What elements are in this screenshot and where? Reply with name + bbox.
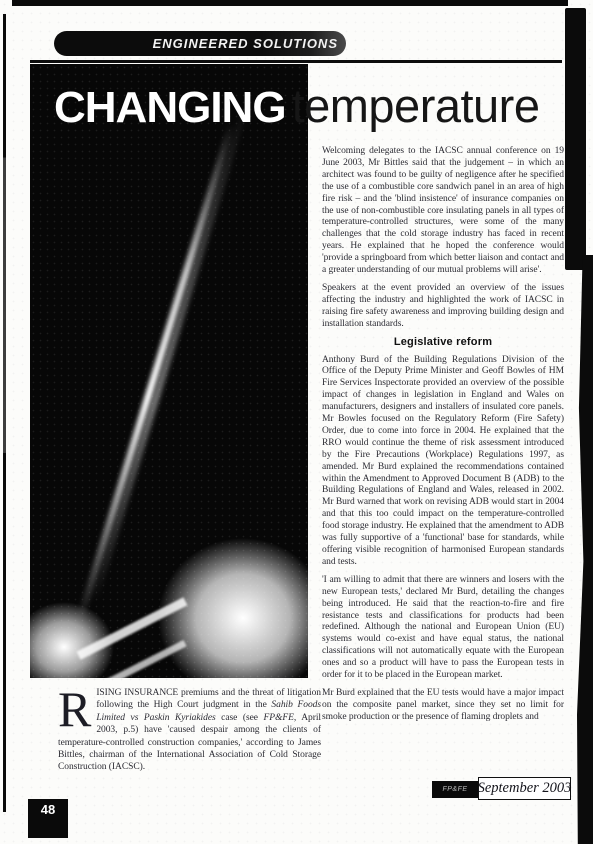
intro-paragraph: RISING INSURANCE premiums and the threat… xyxy=(58,687,321,774)
paragraph: Mr Burd explained that the EU tests woul… xyxy=(322,688,564,724)
issue-date-box: September 2003 xyxy=(478,777,571,800)
scan-edge-top xyxy=(12,0,568,6)
scan-edge-right-lower xyxy=(577,255,593,844)
cover-photo xyxy=(30,64,308,678)
section-banner-label: ENGINEERED SOLUTIONS xyxy=(153,36,338,51)
journal-logo-text: FP&FE xyxy=(442,786,467,793)
issue-date: September 2003 xyxy=(478,780,572,797)
photo-grain xyxy=(30,64,308,678)
page-title: CHANGING temperature xyxy=(54,78,539,133)
page-title-primary: CHANGING xyxy=(54,83,286,133)
paragraph: 'I am willing to admit that there are wi… xyxy=(322,575,564,682)
paragraph: Anthony Burd of the Building Regulations… xyxy=(322,355,564,569)
header-rule xyxy=(30,60,562,63)
scan-edge-right-upper xyxy=(565,8,586,270)
section-heading: Legislative reform xyxy=(322,337,564,349)
page-number-box: 48 xyxy=(28,799,68,838)
magazine-page: ENGINEERED SOLUTIONS CHANGING temperatur… xyxy=(0,0,593,844)
intro-mid: case (see xyxy=(216,713,264,723)
paragraph: Speakers at the event provided an overvi… xyxy=(322,283,564,331)
article-column: Welcoming delegates to the IACSC annual … xyxy=(322,146,564,730)
paragraph: Welcoming delegates to the IACSC annual … xyxy=(322,146,564,277)
section-banner: ENGINEERED SOLUTIONS xyxy=(54,31,346,56)
dropcap: R xyxy=(58,687,96,729)
journal-reference: FP&FE xyxy=(264,713,294,723)
page-number: 48 xyxy=(41,802,55,817)
scan-edge-left xyxy=(3,14,6,812)
page-title-secondary: temperature xyxy=(292,78,540,133)
journal-logo: FP&FE xyxy=(432,781,478,798)
